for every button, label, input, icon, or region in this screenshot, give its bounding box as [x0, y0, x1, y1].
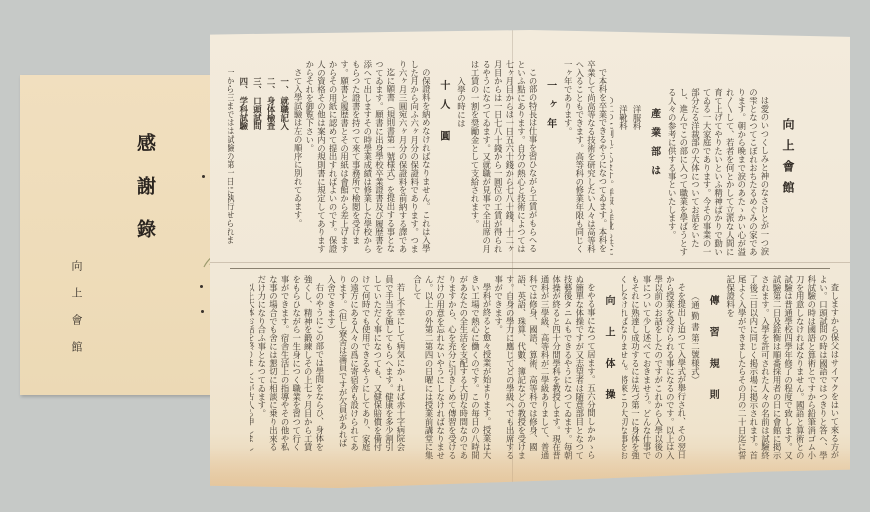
- body-paragraph: 以上大体お話を終りましたが古人も申しましたやうに「志ある處には必ず道があります」…: [250, 275, 255, 455]
- intro-paragraph: 査しますから保父はサイマクをはいて來る方がよい。口頭試問の時は國語ではつきりと答…: [724, 275, 840, 465]
- department-label: 產業部は: [648, 88, 660, 258]
- body-paragraph: 一から三まではは試驗の第一日に執行せられます。就職記入といふのは入學以前に本人及…: [228, 60, 235, 255]
- intro-paragraph: は愛のいつくしみと神のなさけとが一つ涙の雫となつてこぼれおちたるめぐみの家であり…: [666, 88, 770, 258]
- intro-paragraph: 迄に願書（規則書第一號様式）を提出する事となつてゐます。願書に出身學校卒業證書及…: [303, 60, 396, 255]
- section-text: この部の特長は仕事を習ひながら工賃がもらへるといふ點にあります。自分の熱心と技術…: [468, 60, 538, 255]
- section-subheading: （通 勤 書 第二號様式）: [689, 275, 701, 465]
- exam-item: 一、 就職記入: [278, 60, 290, 255]
- cover-title: 感謝錄: [132, 133, 159, 262]
- panel-top-right: は愛のいつくしみと神のなさけとが一つ涙の雫となつてこぼれおちたるめぐみの家であり…: [610, 88, 770, 258]
- body-paragraph: 右のやうにこの部では學問をならひ、身体を強くし、精神を鍛練しその上七ヶ月目から工…: [255, 275, 325, 455]
- exam-label: さて入學試驗は左の順序に別れてゐます。: [292, 60, 304, 255]
- fold-line-horizontal: [210, 262, 850, 263]
- section-divider: [230, 268, 830, 269]
- panel-bottom-right: 査しますから保父はサイマクをはいて來る方がよい。口頭試問の時は國語ではつきりと答…: [622, 275, 840, 465]
- section-heading: 入學の時には: [455, 60, 467, 255]
- panel-top-middle: で本科を卒業できるやうになつてゐます。本科を卒業して尚高等なる技術を研究したい人…: [398, 60, 608, 255]
- intro-paragraph: で本科を卒業できるやうになつてゐます。本科を卒業して尚高等なる技術を研究したい人…: [562, 60, 608, 255]
- body-paragraph: をやる事になつて居ます。五六分間しかかゝらぬ簡單な体操ですが又志望者は随意部目と…: [492, 275, 596, 465]
- section-heading: 一ヶ年: [544, 60, 556, 255]
- sheet-brand-title: 向上會館: [780, 118, 797, 202]
- binding-hole: [202, 175, 205, 178]
- body-paragraph: 學科が終ると愈々授業が始まります。授業は大きい工場で熱心に働くのです。この毎日の…: [411, 275, 492, 465]
- exam-item: 二、 身体檢査: [264, 60, 276, 255]
- cover-publisher: 向上會館: [68, 260, 84, 368]
- panel-top-left: 迄に願書（規則書第一號様式）を提出する事となつてゐます。願書に出身學校卒業證書及…: [228, 60, 396, 255]
- booklet-cover: 感謝錄 向上會館: [20, 75, 220, 395]
- department-item: 洋靴科: [617, 88, 629, 258]
- binding-hole: [200, 285, 203, 288]
- section-text: の保證料を納めなければなりません。これは入學した月から向ふ六ヶ月分の保證料であり…: [398, 60, 431, 255]
- exam-item: 三、 口頭試問: [251, 60, 263, 255]
- body-paragraph: 若し不幸にして病気にかゝれば赤十字病院会員で手当を施してもらへます。健康を多少割…: [325, 275, 406, 455]
- panel-bottom-left: 若し不幸にして病気にかゝれば赤十字病院会員で手当を施してもらへます。健康を多少割…: [250, 275, 406, 455]
- section-heading: 向 上 体 操: [602, 275, 614, 465]
- department-item: 洋服科: [630, 88, 642, 258]
- panel-bottom-middle: 向 上 体 操 をやる事になつて居ます。五六分間しかかゝらぬ簡單な体操ですが又志…: [408, 275, 620, 465]
- body-paragraph: の二つに別れてゐます。洋服も洋靴も共に將來有望な職業であることはいふ迄もありませ…: [610, 88, 615, 258]
- section-heading: 傳 習 規 則: [706, 275, 718, 465]
- section-heading: 十人 圓: [437, 60, 449, 255]
- printed-sheet: 向上會館 は愛のいつくしみと神のなさけとが一つ涙の雫となつてこぼれおちたるめぐみ…: [210, 30, 850, 488]
- exam-item: 四、 学科試驗: [237, 60, 249, 255]
- binding-hole: [201, 310, 204, 313]
- body-paragraph: そを提出し迫つて入學式が舉行され、その翌日から授業を受けられる事になるのです。以…: [622, 275, 687, 465]
